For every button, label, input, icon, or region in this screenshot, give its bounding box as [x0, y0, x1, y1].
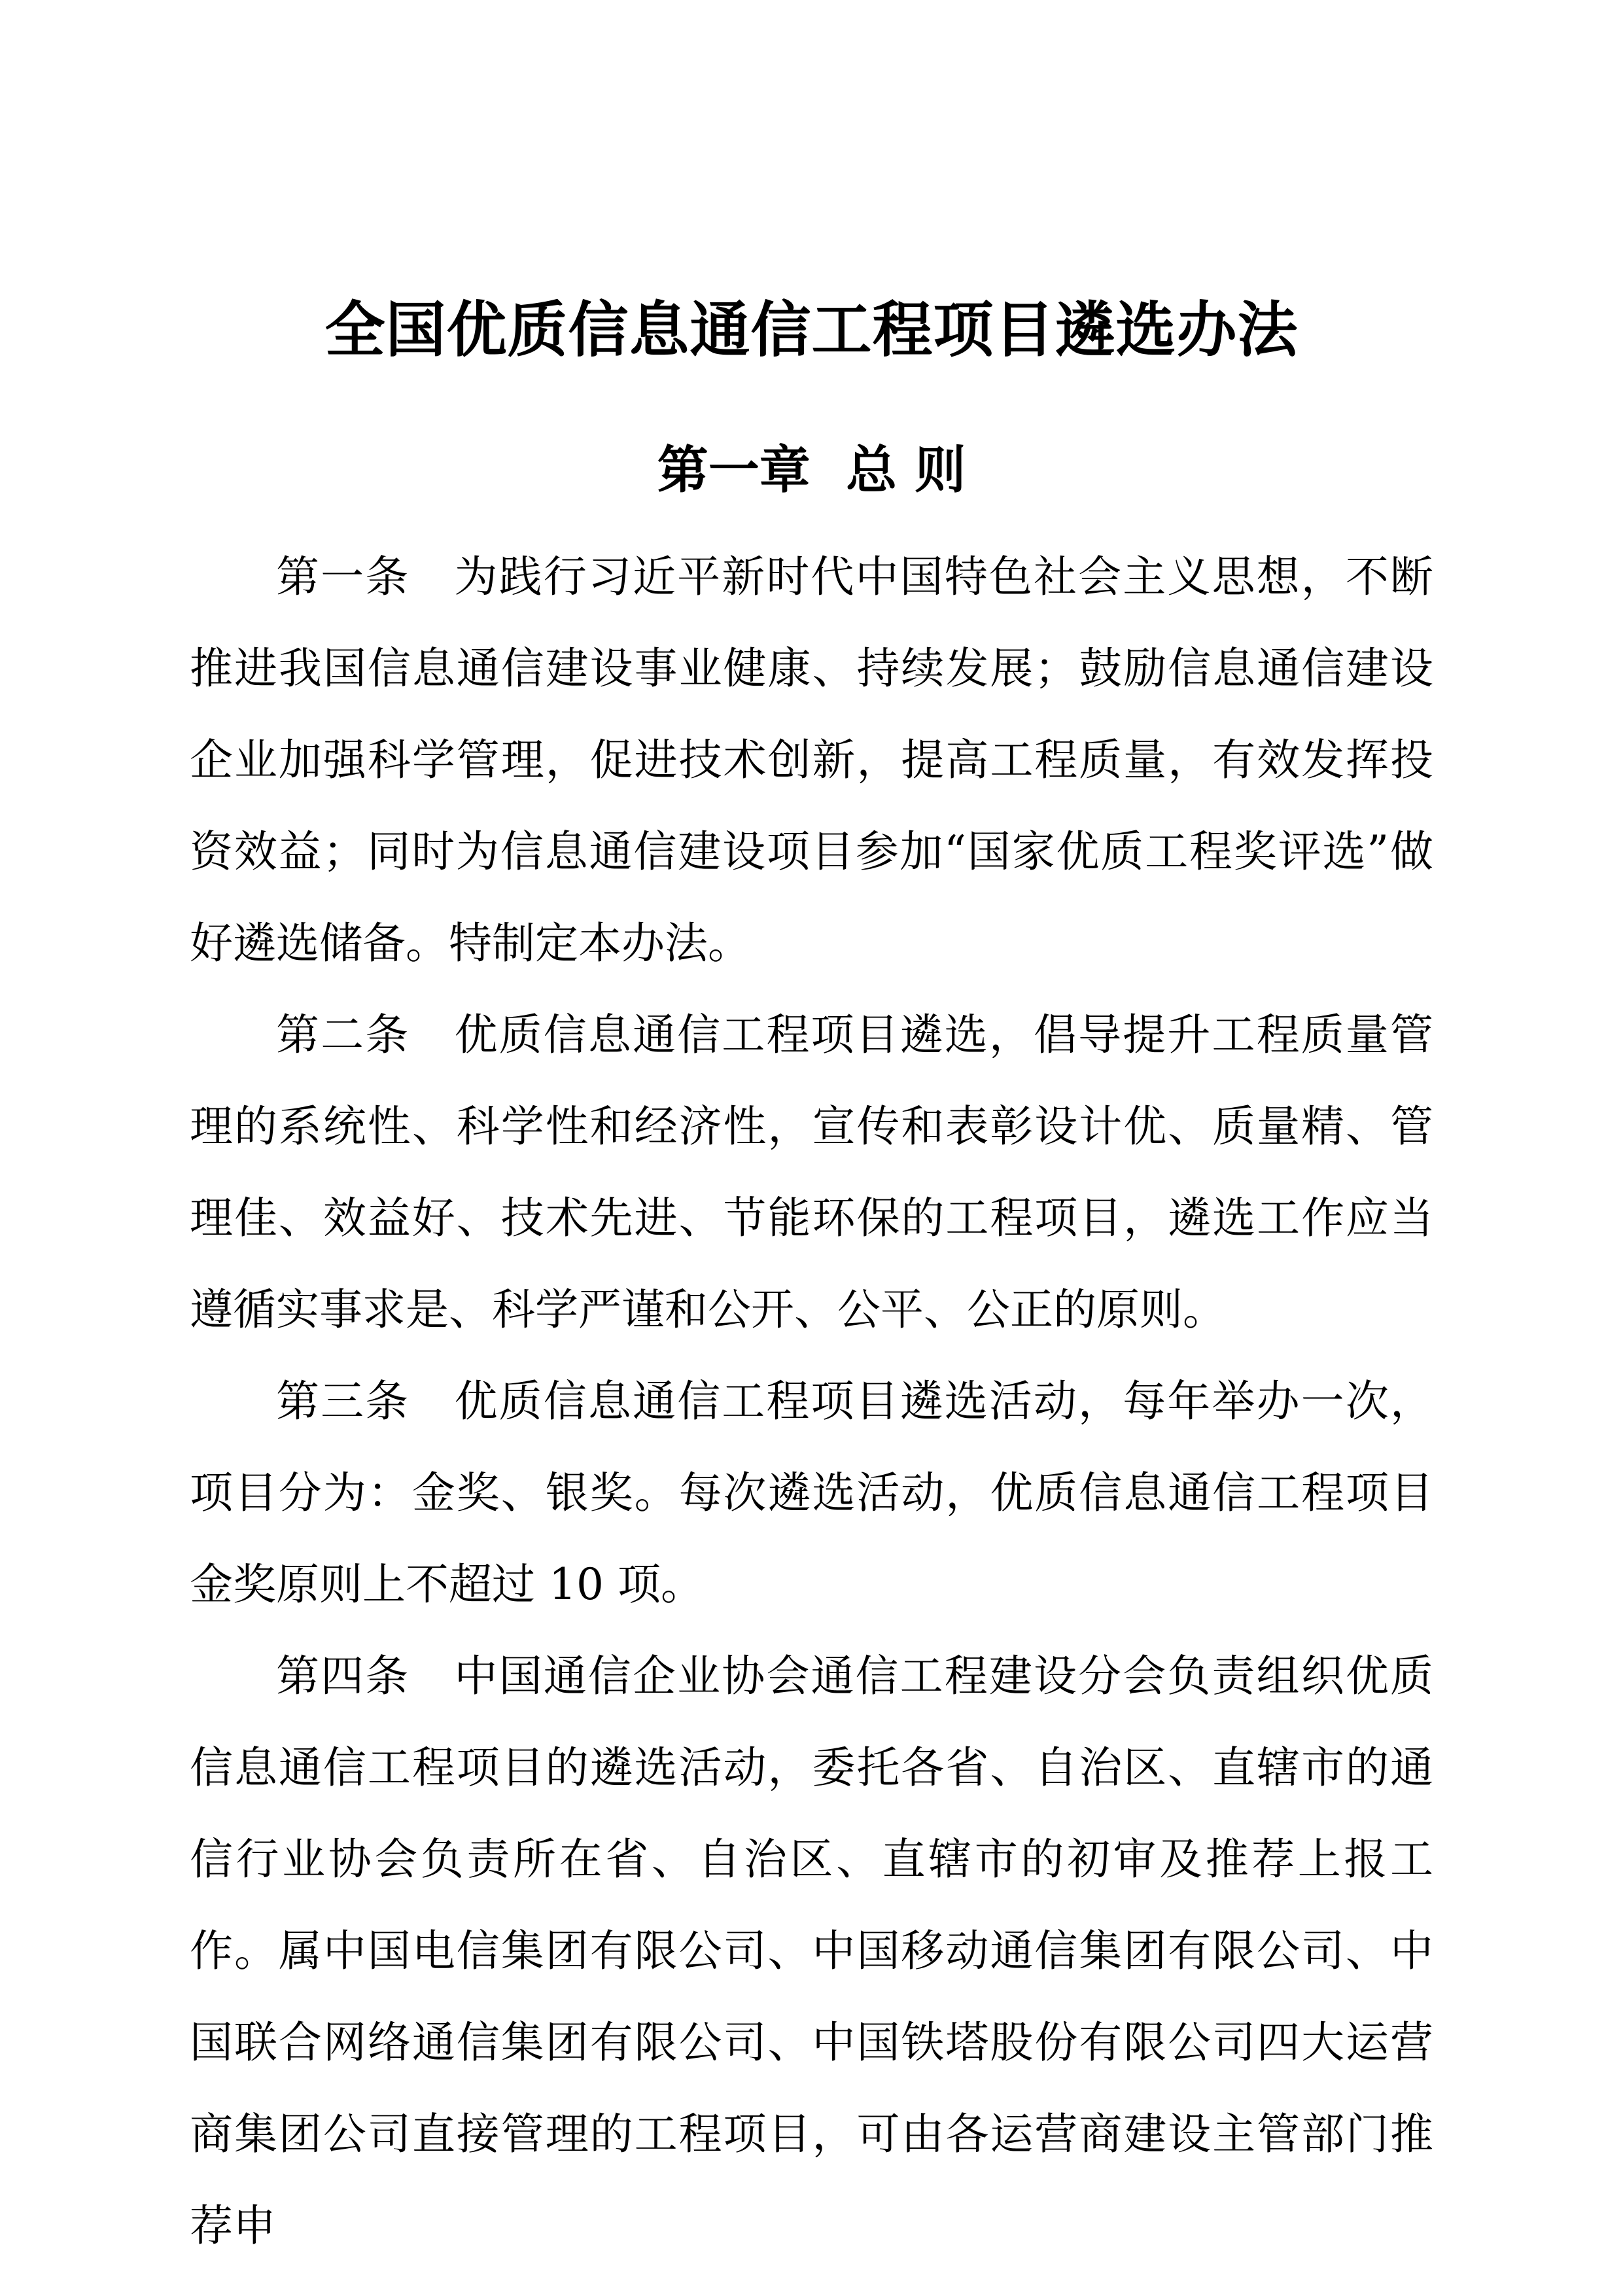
paragraph-article-2: 第二条 优质信息通信工程项目遴选，倡导提升工程质量管理的系统性、科学性和经济性，…: [190, 989, 1433, 1356]
document-page: 全国优质信息通信工程项目遴选办法 第一章 总 则 第一条 为践行习近平新时代中国…: [0, 0, 1623, 2296]
document-title: 全国优质信息通信工程项目遴选办法: [190, 0, 1433, 370]
paragraph-article-4: 第四条 中国通信企业协会通信工程建设分会负责组织优质信息通信工程项目的遴选活动，…: [190, 1631, 1433, 2272]
paragraph-article-3: 第三条 优质信息通信工程项目遴选活动，每年举办一次，项目分为：金奖、银奖。每次遴…: [190, 1356, 1433, 1631]
chapter-heading: 第一章 总 则: [190, 440, 1433, 502]
paragraph-article-1: 第一条 为践行习近平新时代中国特色社会主义思想，不断推进我国信息通信建设事业健康…: [190, 531, 1433, 989]
document-body: 第一条 为践行习近平新时代中国特色社会主义思想，不断推进我国信息通信建设事业健康…: [190, 531, 1433, 2272]
